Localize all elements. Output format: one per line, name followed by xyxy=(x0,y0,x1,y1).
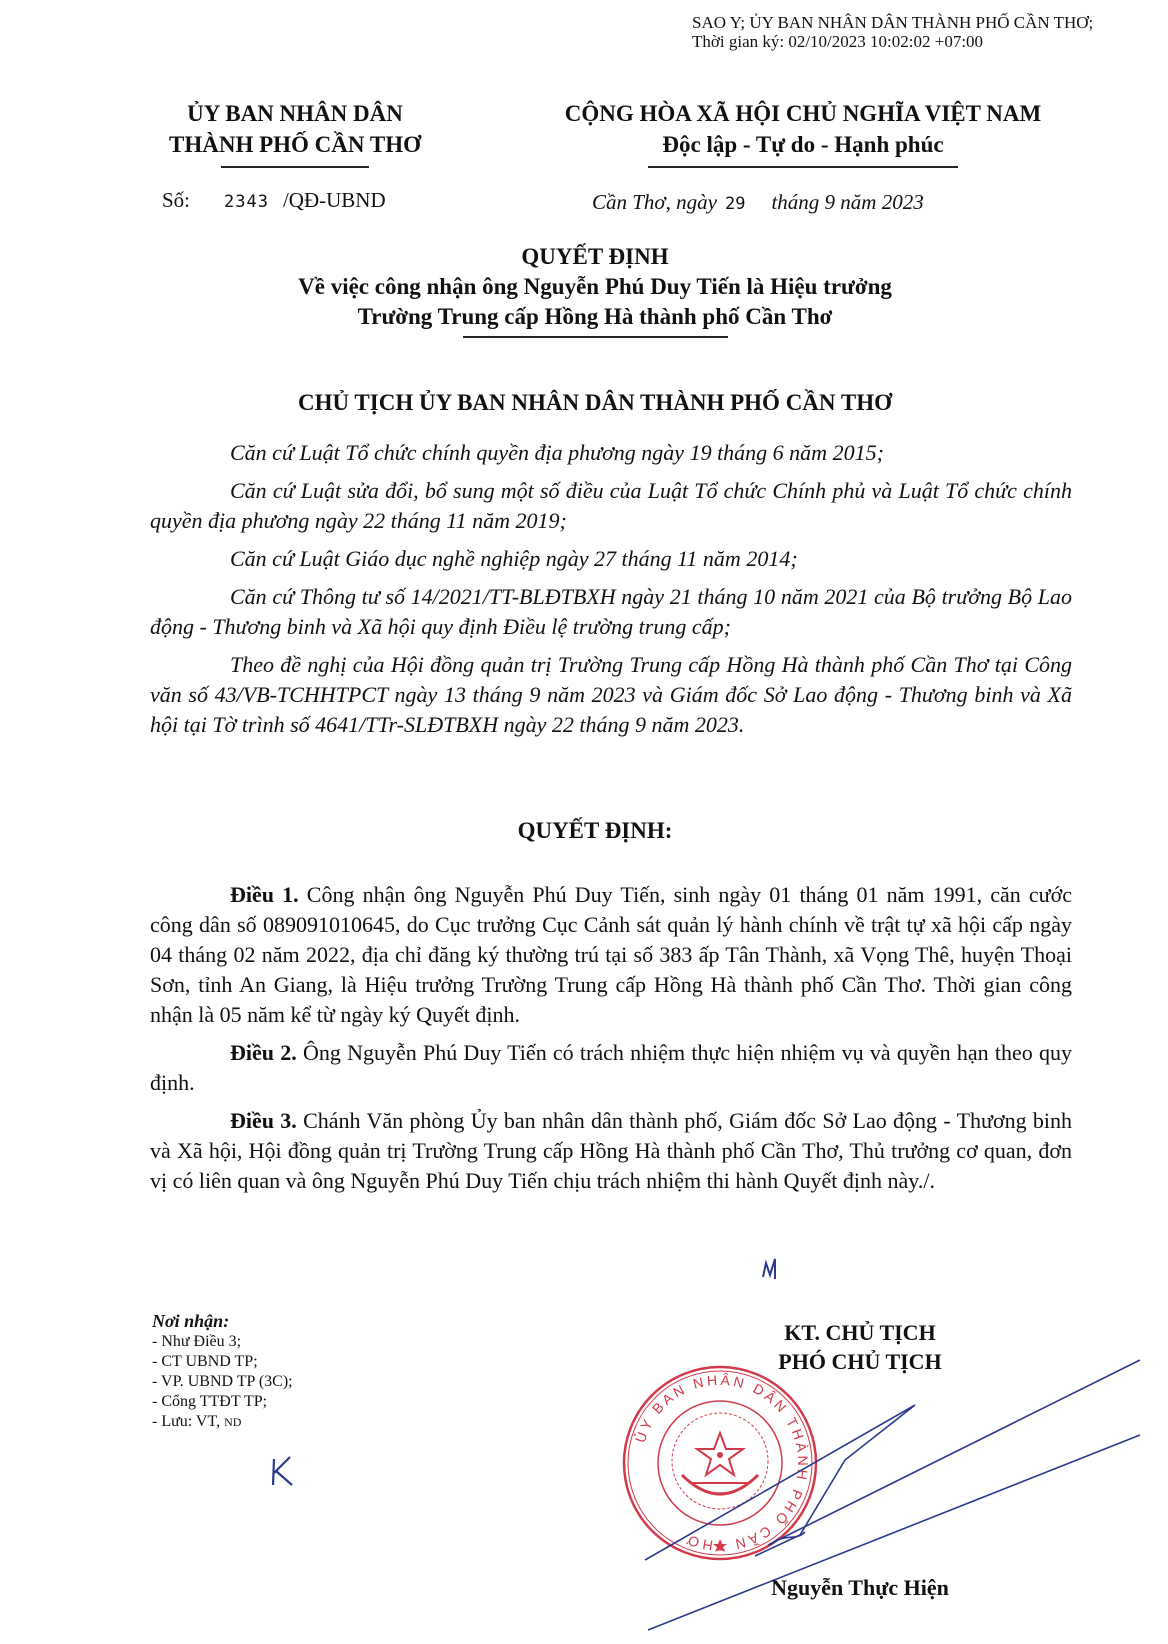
document-number: Số:2343/QĐ-UBND xyxy=(162,188,386,213)
article-label: Điều 2. xyxy=(230,1040,297,1065)
article-1: Điều 1. Công nhận ông Nguyễn Phú Duy Tiế… xyxy=(150,880,1072,1030)
article-2: Điều 2. Ông Nguyễn Phú Duy Tiến có trách… xyxy=(150,1038,1072,1098)
archive-label: - Lưu: VT, xyxy=(152,1413,224,1430)
recipient-item: - VP. UBND TP (3C); xyxy=(152,1372,293,1392)
articles-section: Điều 1. Công nhận ông Nguyễn Phú Duy Tiế… xyxy=(150,880,1072,1204)
issuing-authority-header: ỦY BAN NHÂN DÂN THÀNH PHỐ CẦN THƠ xyxy=(150,98,440,168)
document-subject-line1: Về việc công nhận ông Nguyễn Phú Duy Tiế… xyxy=(150,272,1040,302)
document-date-suffix: tháng 9 năm 2023 xyxy=(771,190,923,214)
document-date-prefix: Cần Thơ, ngày xyxy=(592,190,717,214)
archive-initials: ND xyxy=(224,1415,241,1429)
legal-basis-section: Căn cứ Luật Tổ chức chính quyền địa phươ… xyxy=(150,438,1072,748)
national-motto-header: CỘNG HÒA XÃ HỘI CHỦ NGHĨA VIỆT NAM Độc l… xyxy=(533,98,1073,168)
decision-heading: QUYẾT ĐỊNH: xyxy=(150,818,1040,844)
document-date-day: 29 xyxy=(725,194,745,214)
handwritten-initial-mark-icon xyxy=(760,1255,782,1281)
national-name: CỘNG HÒA XÃ HỘI CHỦ NGHĨA VIỆT NAM xyxy=(533,98,1073,129)
handwritten-initials-icon xyxy=(268,1453,298,1489)
recipient-item: - CT UBND TP; xyxy=(152,1352,293,1372)
article-3: Điều 3. Chánh Văn phòng Ủy ban nhân dân … xyxy=(150,1106,1072,1196)
recipients-list: Nơi nhận: - Như Điều 3; - CT UBND TP; - … xyxy=(152,1310,293,1432)
legal-basis-item: Theo đề nghị của Hội đồng quản trị Trườn… xyxy=(150,650,1072,740)
national-motto: Độc lập - Tự do - Hạnh phúc xyxy=(533,129,1073,160)
digital-signature-line1: SAO Y; ỦY BAN NHÂN DÂN THÀNH PHỐ CẦN THƠ… xyxy=(692,13,1093,32)
legal-basis-item: Căn cứ Luật sửa đổi, bổ sung một số điều… xyxy=(150,476,1072,536)
title-divider xyxy=(463,336,728,338)
recipients-heading: Nơi nhận: xyxy=(152,1310,293,1332)
document-number-suffix: /QĐ-UBND xyxy=(283,188,386,212)
digital-signature-line2: Thời gian ký: 02/10/2023 10:02:02 +07:00 xyxy=(692,32,1093,51)
header-right-divider xyxy=(648,166,958,168)
recipient-item: - Như Điều 3; xyxy=(152,1332,293,1352)
legal-basis-item: Căn cứ Luật Giáo dục nghề nghiệp ngày 27… xyxy=(150,544,1072,574)
document-date: Cần Thơ, ngày29tháng 9 năm 2023 xyxy=(592,190,924,215)
document-subject-line2: Trường Trung cấp Hồng Hà thành phố Cần T… xyxy=(150,302,1040,332)
document-number-value: 2343 xyxy=(224,192,269,212)
issuing-authority-line2: THÀNH PHỐ CẦN THƠ xyxy=(150,129,440,160)
document-title: QUYẾT ĐỊNH Về việc công nhận ông Nguyễn … xyxy=(150,242,1040,338)
document-number-label: Số: xyxy=(162,188,190,212)
recipient-item: - Cổng TTĐT TP; xyxy=(152,1392,293,1412)
document-type-heading: QUYẾT ĐỊNH xyxy=(150,242,1040,272)
header-left-divider xyxy=(221,166,369,168)
legal-basis-item: Căn cứ Thông tư số 14/2021/TT-BLĐTBXH ng… xyxy=(150,582,1072,642)
signer-name: Nguyễn Thực Hiện xyxy=(740,1575,980,1601)
article-label: Điều 3. xyxy=(230,1108,297,1133)
digital-signature-note: SAO Y; ỦY BAN NHÂN DÂN THÀNH PHỐ CẦN THƠ… xyxy=(692,13,1093,51)
legal-basis-item: Căn cứ Luật Tổ chức chính quyền địa phươ… xyxy=(150,438,1072,468)
issuing-authority-line1: ỦY BAN NHÂN DÂN xyxy=(150,98,440,129)
recipient-archive: - Lưu: VT, ND xyxy=(152,1412,293,1432)
issuing-authority-title: CHỦ TỊCH ỦY BAN NHÂN DÂN THÀNH PHỐ CẦN T… xyxy=(150,390,1040,416)
article-label: Điều 1. xyxy=(230,882,299,907)
